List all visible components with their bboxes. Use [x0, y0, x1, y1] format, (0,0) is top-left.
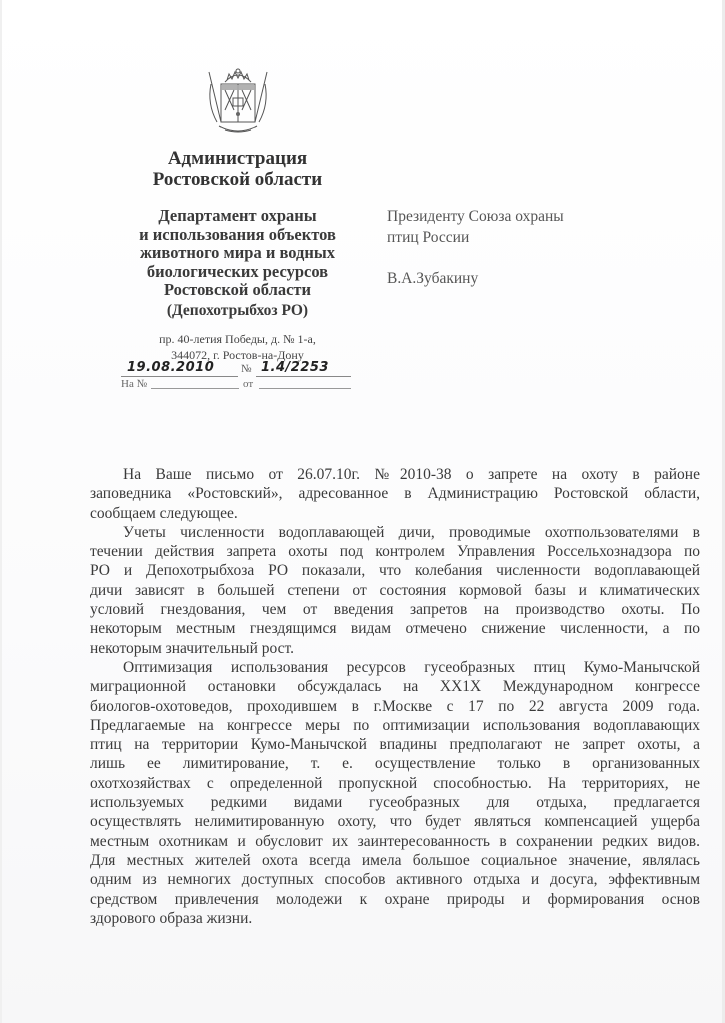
body-line: Оптимизация использования ресурсов гусео…: [90, 658, 700, 677]
org-name-line1: Администрация: [105, 148, 370, 169]
body-line: местным охотникам и обусловит их заинтер…: [90, 832, 700, 851]
body-line: некоторым местным гнездящимся видам отме…: [90, 619, 700, 638]
body-line: сообщаем следующее.: [90, 504, 700, 523]
body-line: одним из немногих доступных способов акт…: [90, 870, 700, 889]
addressee-line: птиц России: [387, 227, 564, 248]
department-line: биологических ресурсов: [105, 263, 370, 282]
letterhead: Администрация Ростовской области Департа…: [105, 40, 370, 363]
body-line: миграционной остановки обсуждалась на XX…: [90, 677, 700, 696]
body-line: Для местных жителей охота всегда имела б…: [90, 851, 700, 870]
body-line: заповедника «Ростовский», адресованное в…: [90, 484, 700, 503]
letter-body: На Ваше письмо от 26.07.10г. №2010-38 о …: [90, 465, 700, 928]
reply-to-label: На №: [121, 378, 147, 390]
body-line: Предлагаемые на конгрессе меры по оптими…: [90, 716, 700, 735]
department-line: животного мира и водных: [105, 244, 370, 263]
reply-date-blank: [259, 378, 351, 389]
outgoing-date: 19.08.2010: [127, 360, 214, 375]
department-address: пр. 40-летия Победы, д. № 1-а, 344072, г…: [105, 331, 370, 363]
body-line: охотхозяйствах с определенной пропускной…: [90, 774, 700, 793]
from-label: от: [243, 378, 253, 390]
addressee-line: Президенту Союза охраны: [387, 206, 564, 227]
address-line: пр. 40-летия Победы, д. № 1-а,: [105, 331, 370, 347]
reply-number-blank: [151, 378, 239, 389]
body-paragraph-2: Учеты численности водоплавающей дичи, пр…: [90, 523, 700, 658]
body-line: средством привлечения молодежи к охране …: [90, 890, 700, 909]
body-line: дичи зависят в большей степени от состоя…: [90, 581, 700, 600]
addressee-name: В.А.Зубакину: [387, 268, 564, 289]
number-label: №: [241, 363, 252, 375]
addressee-block: Президенту Союза охраны птиц России В.А.…: [387, 206, 564, 289]
department-abbreviation: (Депохотрыбхоз РО): [105, 301, 370, 321]
scan-edge-left: [0, 0, 2, 1023]
body-line: Учеты численности водоплавающей дичи, пр…: [90, 523, 700, 542]
department-line: и использования объектов: [105, 226, 370, 245]
body-line: течении действия запрета охоты под контр…: [90, 542, 700, 561]
body-line: биологов-охотоведов, проходившем в г.Мос…: [90, 697, 700, 716]
org-name-line2: Ростовской области: [105, 169, 370, 190]
department-name: Департамент охраны и использования объек…: [105, 207, 370, 300]
outgoing-number: 1.4/2253: [261, 360, 329, 375]
body-line: здорового образа жизни.: [90, 909, 700, 928]
coat-of-arms-icon: [205, 64, 271, 138]
body-line: используемых редкими видами гусеобразных…: [90, 793, 700, 812]
body-paragraph-1: На Ваше письмо от 26.07.10г. №2010-38 о …: [90, 465, 700, 523]
letter-page: Администрация Ростовской области Департа…: [0, 0, 725, 1023]
body-line: некоторым значительный рост.: [90, 639, 700, 658]
reply-registration: На № от: [121, 378, 351, 392]
body-line: РО и Депохотрыбхоза РО показали, что кол…: [90, 561, 700, 580]
outgoing-registration: 19.08.2010 № 1.4/2253: [121, 362, 351, 378]
body-line: птиц на территории Кумо-Манычской впадин…: [90, 735, 700, 754]
body-paragraph-3: Оптимизация использования ресурсов гусео…: [90, 658, 700, 928]
department-line: Ростовской области: [105, 281, 370, 300]
body-line: лишь ее лимитирование, т. е. осуществлен…: [90, 754, 700, 773]
body-line: осуществлять нелимитированную охоту, что…: [90, 812, 700, 831]
body-line: условий гнездования, чем от введения зап…: [90, 600, 700, 619]
department-line: Департамент охраны: [105, 207, 370, 226]
body-line: На Ваше письмо от 26.07.10г. №2010-38 о …: [90, 465, 700, 484]
